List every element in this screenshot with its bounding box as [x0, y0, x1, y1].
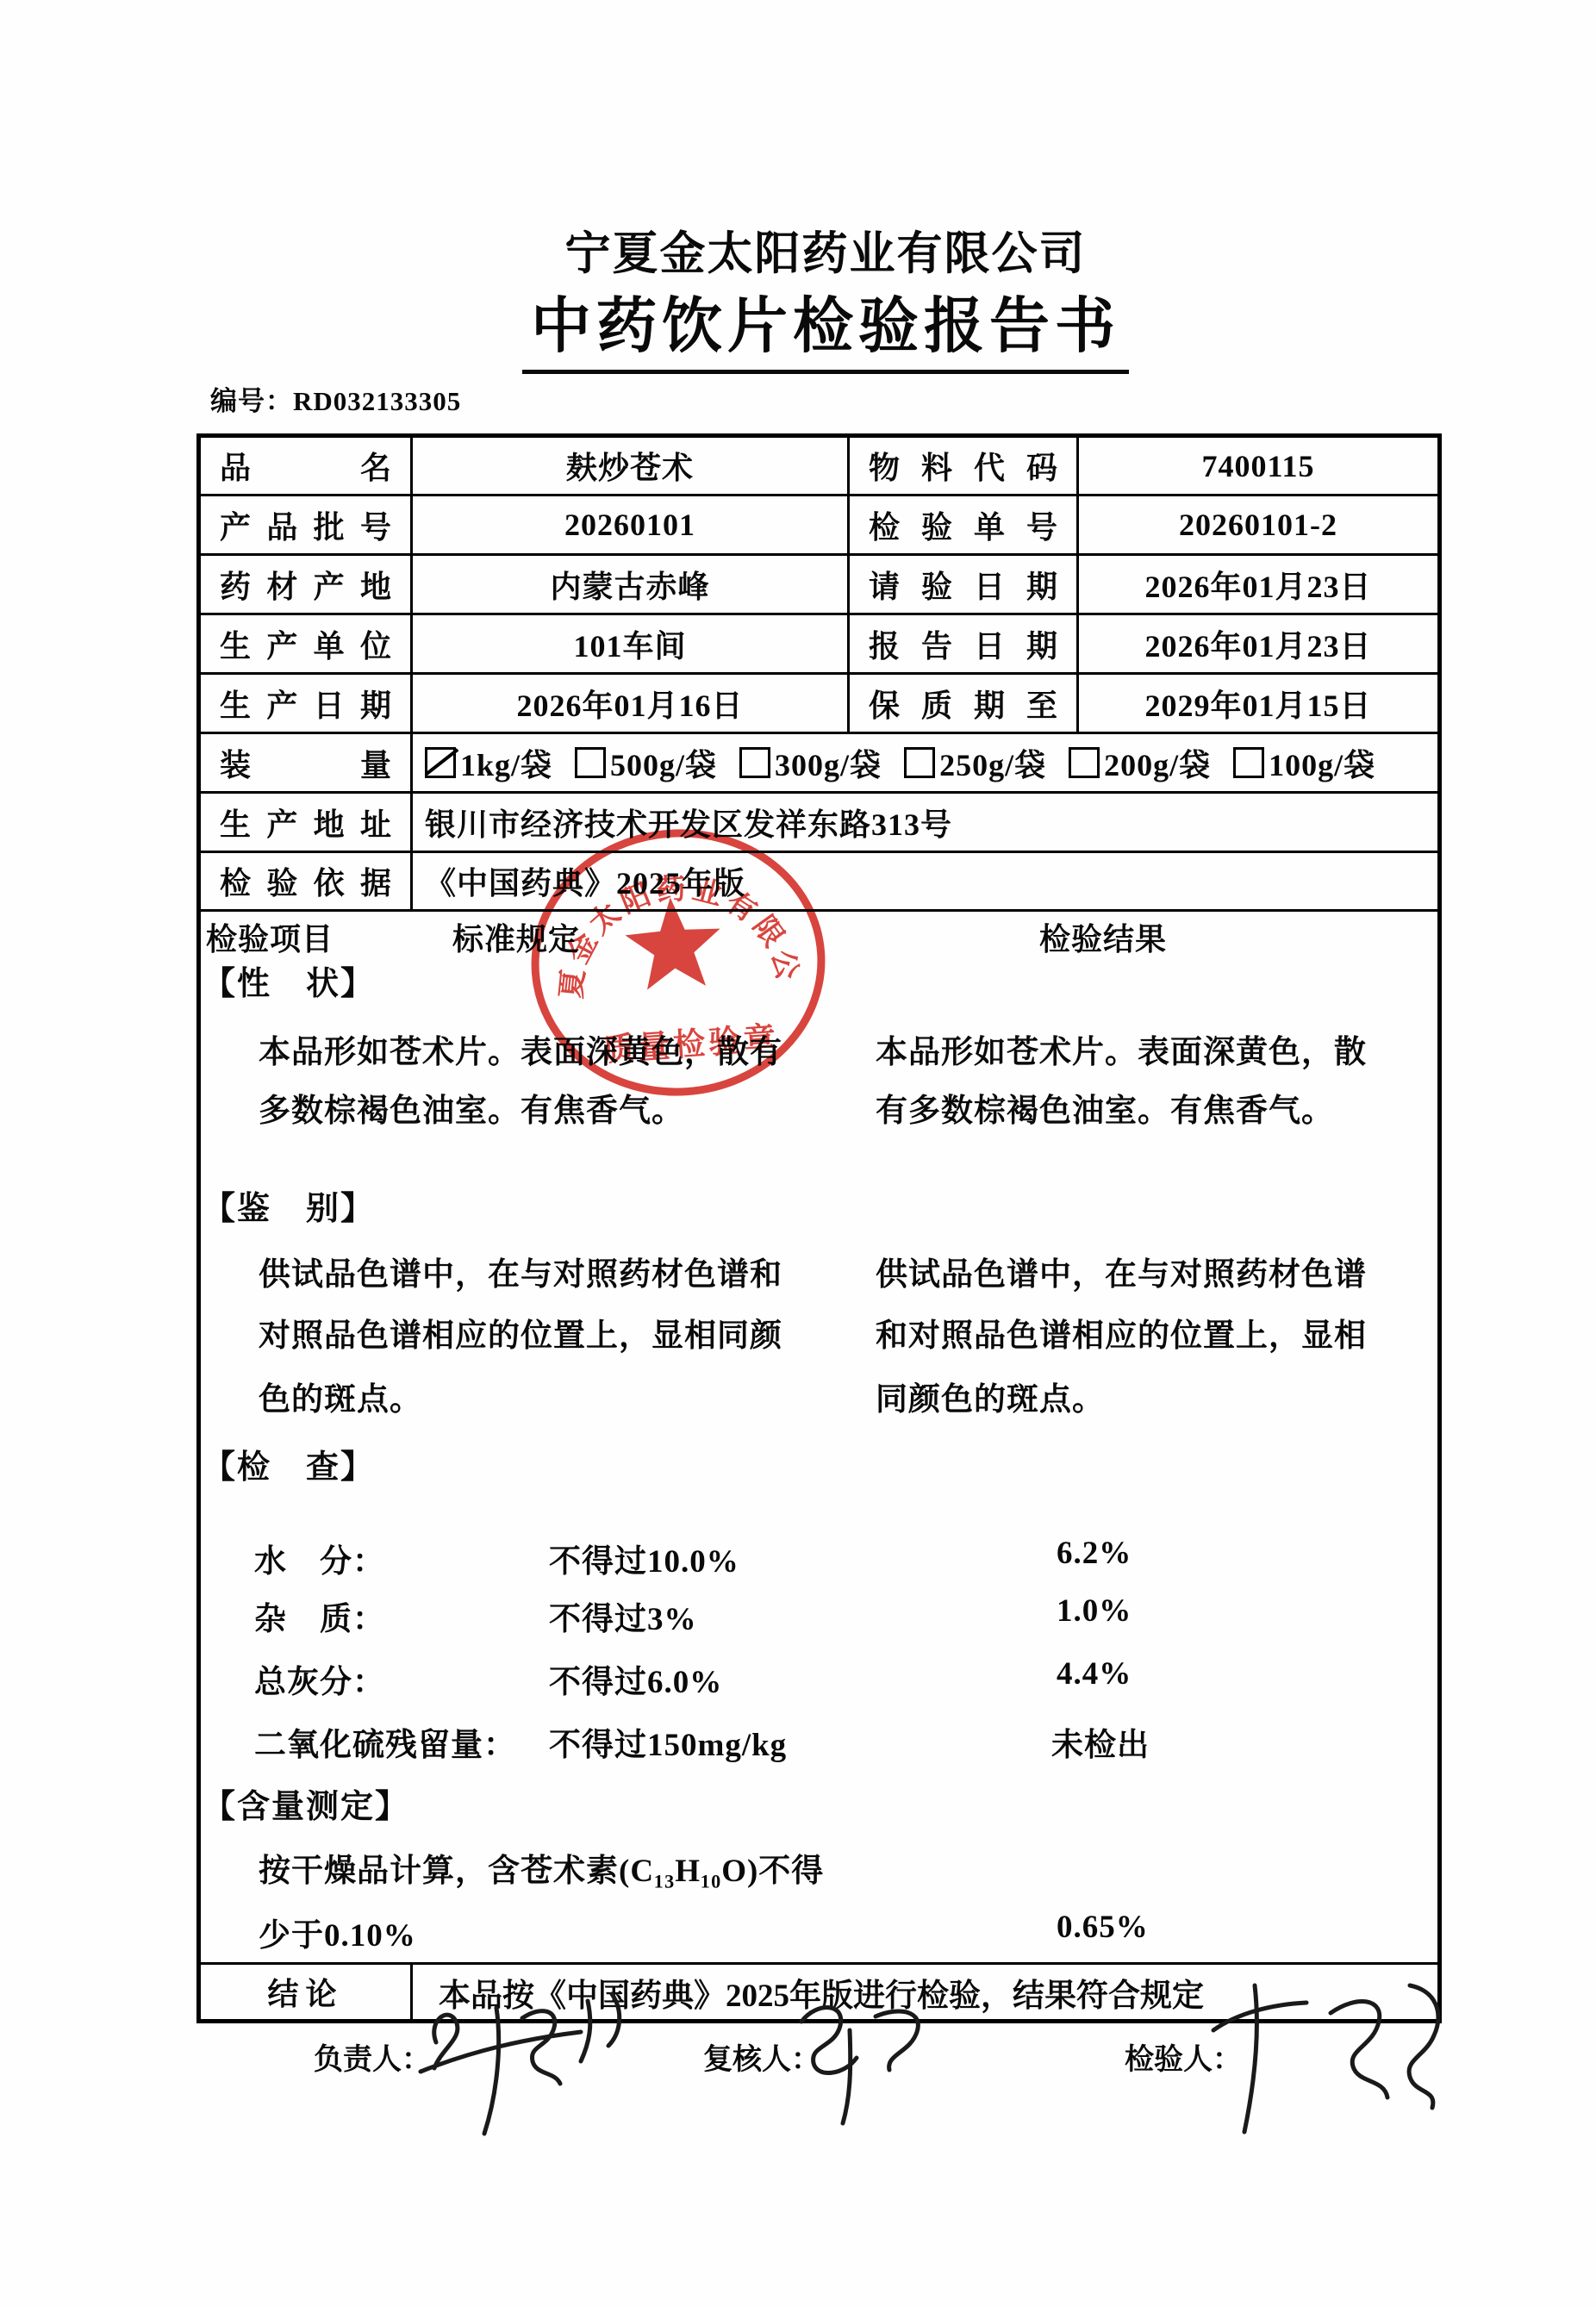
checkbox-icon — [904, 747, 935, 778]
basis-row: 检验依据 《中国药典》2025年版 — [199, 852, 1440, 911]
field-label-production-date: 生产日期 — [199, 674, 412, 733]
table-row: 药材产地 内蒙古赤峰 请验日期 2026年01月23日 — [199, 555, 1440, 614]
packing-option-label: 200g/袋 — [1104, 741, 1211, 785]
field-value-material-code: 7400115 — [1078, 436, 1440, 495]
field-label-packing: 装量 — [199, 733, 412, 793]
report-number: 编号：RD032133305 — [210, 379, 461, 418]
column-header-standard: 标准规定 — [452, 915, 580, 959]
test-standard: 不得过150mg/kg — [549, 1718, 787, 1765]
reviewer-signature — [786, 1992, 958, 2130]
table-row: 生产日期 2026年01月16日 保质期至 2029年01月15日 — [199, 674, 1440, 733]
field-value-test-no: 20260101-2 — [1078, 495, 1440, 555]
packing-line: 1kg/袋 500g/袋 300g/袋 250g/袋 200g/袋 100g/袋 — [425, 741, 1437, 785]
checkbox-icon — [1233, 747, 1264, 778]
field-value-production-date: 2026年01月16日 — [412, 674, 849, 733]
appearance-result-line1: 本品形如苍术片。表面深黄色，散 — [876, 1025, 1367, 1072]
field-value-address: 银川市经济技术开发区发祥东路313号 — [412, 793, 1440, 852]
report-number-value: RD032133305 — [293, 386, 461, 416]
field-label-report-date: 报告日期 — [849, 614, 1078, 674]
test-standard: 不得过6.0% — [549, 1655, 722, 1702]
test-standard: 不得过3% — [549, 1592, 697, 1639]
identification-standard-line3: 色的斑点。 — [259, 1373, 422, 1419]
field-label-request-date: 请验日期 — [849, 555, 1078, 614]
assay-result: 0.65% — [1057, 1909, 1149, 1946]
test-name: 二氧化硫残留量： — [254, 1718, 516, 1765]
table-row: 产品批号 20260101 检验单号 20260101-2 — [199, 495, 1440, 555]
test-result: 4.4% — [1057, 1655, 1132, 1692]
checkbox-icon — [739, 747, 770, 778]
field-label-product-name: 品名 — [199, 436, 412, 495]
checkbox-checked-icon — [425, 747, 456, 778]
appearance-result-line2: 有多数棕褐色油室。有焦香气。 — [876, 1084, 1334, 1131]
packing-option-label: 500g/袋 — [610, 741, 717, 785]
inspector-signature — [1200, 1975, 1449, 2139]
field-value-report-date: 2026年01月23日 — [1078, 614, 1440, 674]
section-heading-assay: 【含量测定】 — [203, 1779, 409, 1827]
assay-standard-line2: 少于0.10% — [259, 1909, 416, 1955]
packing-options: 1kg/袋 500g/袋 300g/袋 250g/袋 200g/袋 100g/袋 — [412, 733, 1440, 793]
field-value-basis: 《中国药典》2025年版 — [412, 852, 1440, 911]
report-page: 宁夏金太阳药业有限公司 中药饮片检验报告书 编号：RD032133305 品名 … — [0, 0, 1596, 2306]
field-value-expiry-date: 2029年01月15日 — [1078, 674, 1440, 733]
exam-body-row: 检验项目 标准规定 检验结果 【性 状】 本品形如苍术片。表面深黄色，散有 多数… — [199, 911, 1440, 1964]
field-label-material-code: 物料代码 — [849, 436, 1078, 495]
report-title-wrap: 中药饮片检验报告书 — [196, 277, 1455, 374]
section-heading-identification: 【鉴 别】 — [203, 1181, 375, 1229]
field-label-origin: 药材产地 — [199, 555, 412, 614]
field-label-expiry-date: 保质期至 — [849, 674, 1078, 733]
packing-option: 100g/袋 — [1233, 741, 1375, 785]
field-label-workshop: 生产单位 — [199, 614, 412, 674]
field-value-batch-no: 20260101 — [412, 495, 849, 555]
test-name: 水 分： — [254, 1535, 385, 1581]
conclusion-label: 结论 — [199, 1964, 412, 2022]
identification-result-line2: 和对照品色谱相应的位置上，显相 — [876, 1309, 1367, 1356]
identification-result-line3: 同颜色的斑点。 — [876, 1373, 1105, 1419]
packing-row: 装量 1kg/袋 500g/袋 300g/袋 250g/袋 200g/袋 100… — [199, 733, 1440, 793]
packing-option-label: 1kg/袋 — [460, 741, 552, 785]
table-row: 生产单位 101车间 报告日期 2026年01月23日 — [199, 614, 1440, 674]
field-label-address: 生产地址 — [199, 793, 412, 852]
info-table: 品名 麸炒苍术 物料代码 7400115 产品批号 20260101 检验单号 … — [196, 433, 1442, 2023]
field-value-request-date: 2026年01月23日 — [1078, 555, 1440, 614]
test-result: 未检出 — [1051, 1718, 1150, 1765]
test-standard: 不得过10.0% — [549, 1535, 739, 1581]
identification-standard-line2: 对照品色谱相应的位置上，显相同颜 — [259, 1309, 782, 1356]
packing-option-label: 300g/袋 — [775, 741, 882, 785]
field-label-test-no: 检验单号 — [849, 495, 1078, 555]
packing-option: 1kg/袋 — [425, 741, 552, 785]
packing-option: 300g/袋 — [739, 741, 882, 785]
test-result: 6.2% — [1057, 1535, 1132, 1572]
checkbox-icon — [1069, 747, 1100, 778]
appearance-standard-line1: 本品形如苍术片。表面深黄色，散有 — [259, 1025, 782, 1072]
column-header-result: 检验结果 — [1039, 915, 1167, 959]
manager-signature — [412, 1989, 636, 2144]
identification-result-line1: 供试品色谱中，在与对照药材色谱 — [876, 1248, 1367, 1294]
packing-option: 250g/袋 — [904, 741, 1046, 785]
address-row: 生产地址 银川市经济技术开发区发祥东路313号 — [199, 793, 1440, 852]
report-title: 中药饮片检验报告书 — [522, 277, 1129, 374]
field-value-origin: 内蒙古赤峰 — [412, 555, 849, 614]
assay-standard-line1: 按干燥品计算，含苍术素(C₁₃H₁₀O)不得 — [259, 1844, 824, 1891]
test-result: 1.0% — [1057, 1592, 1132, 1630]
appearance-standard-line2: 多数棕褐色油室。有焦香气。 — [259, 1084, 684, 1131]
checkbox-icon — [575, 747, 606, 778]
field-value-product-name: 麸炒苍术 — [412, 436, 849, 495]
section-heading-appearance: 【性 状】 — [203, 957, 375, 1004]
test-name: 总灰分： — [254, 1655, 385, 1702]
report-number-label: 编号： — [210, 386, 293, 416]
company-name: 宁夏金太阳药业有限公司 — [196, 217, 1455, 283]
test-name: 杂 质： — [254, 1592, 385, 1639]
field-label-batch-no: 产品批号 — [199, 495, 412, 555]
field-value-workshop: 101车间 — [412, 614, 849, 674]
exam-body: 检验项目 标准规定 检验结果 【性 状】 本品形如苍术片。表面深黄色，散有 多数… — [199, 911, 1440, 1964]
column-header-item: 检验项目 — [206, 915, 334, 959]
section-heading-tests: 【检 查】 — [203, 1440, 375, 1487]
packing-option: 500g/袋 — [575, 741, 717, 785]
field-label-basis: 检验依据 — [199, 852, 412, 911]
packing-option-label: 100g/袋 — [1269, 741, 1375, 785]
packing-option-label: 250g/袋 — [939, 741, 1046, 785]
packing-option: 200g/袋 — [1069, 741, 1211, 785]
identification-standard-line1: 供试品色谱中，在与对照药材色谱和 — [259, 1248, 782, 1294]
table-row: 品名 麸炒苍术 物料代码 7400115 — [199, 436, 1440, 495]
